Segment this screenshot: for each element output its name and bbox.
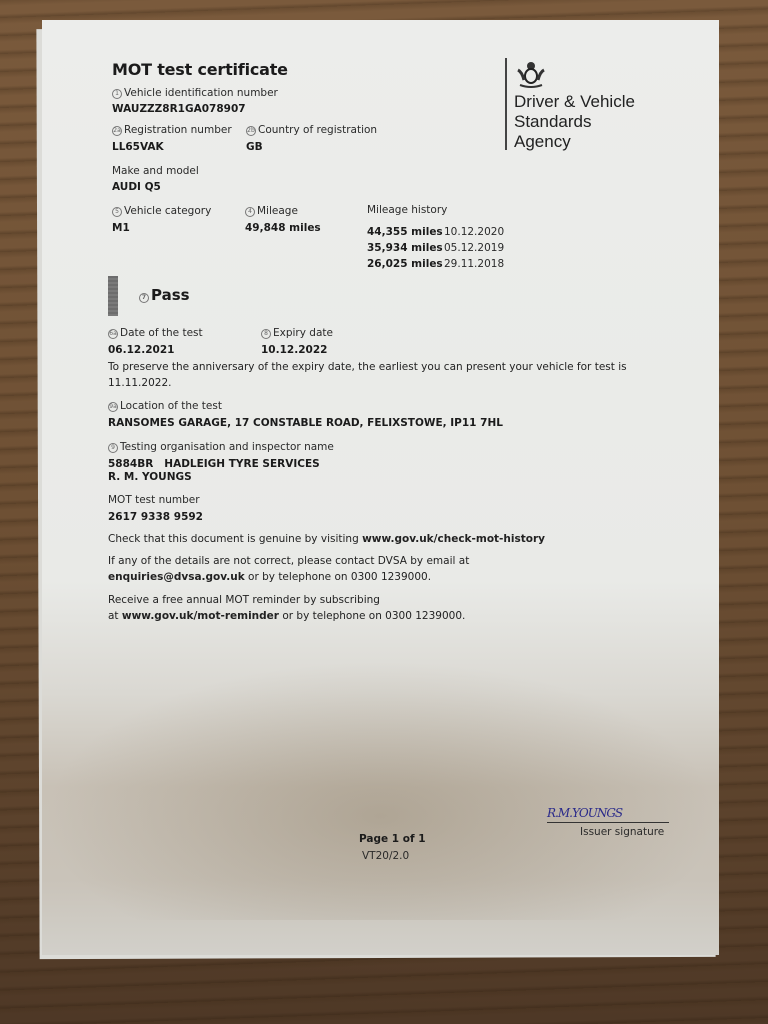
category-label: 5Vehicle category	[112, 205, 211, 217]
mileage-value: 49,848 miles	[245, 222, 321, 234]
registration-label: 2aRegistration number	[112, 124, 232, 136]
field-number-icon: 5	[112, 207, 122, 217]
check-genuine-note: Check that this document is genuine by v…	[108, 531, 545, 547]
field-number-icon: 6a	[108, 329, 118, 339]
field-number-icon: 1	[112, 89, 122, 99]
test-date-value: 06.12.2021	[108, 344, 174, 356]
agency-name-line3: Agency	[514, 132, 635, 152]
field-number-icon: 9	[108, 443, 118, 453]
issuer-signature: R.M.YOUNGS	[547, 806, 622, 820]
location-label: 9aLocation of the test	[108, 400, 222, 412]
make-model-value: AUDI Q5	[112, 181, 161, 193]
expiry-date-label: 8Expiry date	[261, 327, 333, 339]
mileage-history-entry: 44,355 miles10.12.2020	[367, 220, 504, 236]
result-marker-bar	[108, 276, 118, 316]
field-number-icon: 9a	[108, 402, 118, 412]
form-code: VT20/2.0	[362, 850, 409, 862]
document-title: MOT test certificate	[112, 60, 288, 79]
anniversary-note: To preserve the anniversary of the expir…	[108, 359, 627, 391]
issuer-signature-label: Issuer signature	[580, 826, 664, 838]
check-mot-history-link[interactable]: www.gov.uk/check-mot-history	[362, 533, 545, 545]
mot-certificate-page: MOT test certificate Driver & Vehicle St…	[42, 20, 719, 955]
mileage-history-entry: 26,025 miles29.11.2018	[367, 252, 504, 268]
mot-reminder-link[interactable]: www.gov.uk/mot-reminder	[122, 610, 279, 622]
logo-divider	[505, 58, 507, 150]
test-date-label: 6aDate of the test	[108, 327, 203, 339]
mileage-label: 4Mileage	[245, 205, 298, 217]
reminder-note: Receive a free annual MOT reminder by su…	[108, 592, 465, 624]
agency-name: Driver & Vehicle Standards Agency	[514, 92, 635, 152]
organisation-label: 9Testing organisation and inspector name	[108, 441, 334, 453]
field-number-icon: 7	[139, 293, 149, 303]
field-number-icon: 4	[245, 207, 255, 217]
agency-name-line1: Driver & Vehicle	[514, 92, 635, 112]
test-number-value: 2617 9338 9592	[108, 511, 203, 523]
make-model-label: Make and model	[112, 165, 199, 177]
location-value: RANSOMES GARAGE, 17 CONSTABLE ROAD, FELI…	[108, 417, 503, 429]
country-label: 2bCountry of registration	[246, 124, 377, 136]
registration-value: LL65VAK	[112, 141, 164, 153]
field-number-icon: 2a	[112, 126, 122, 136]
country-value: GB	[246, 141, 263, 153]
vin-label: 1Vehicle identification number	[112, 87, 278, 99]
contact-note: If any of the details are not correct, p…	[108, 553, 469, 585]
mileage-history-list: 44,355 miles10.12.2020 35,934 miles05.12…	[367, 220, 504, 268]
page-number: Page 1 of 1	[359, 833, 426, 845]
royal-coat-of-arms-icon	[514, 60, 548, 88]
field-number-icon: 2b	[246, 126, 256, 136]
expiry-date-value: 10.12.2022	[261, 344, 327, 356]
agency-name-line2: Standards	[514, 112, 635, 132]
result-pass: 7Pass	[139, 286, 190, 304]
category-value: M1	[112, 222, 130, 234]
test-number-label: MOT test number	[108, 494, 200, 506]
mileage-history-label: Mileage history	[367, 204, 447, 216]
organisation-value: 5884BR HADLEIGH TYRE SERVICES	[108, 458, 320, 470]
photo-shadow	[42, 660, 719, 920]
inspector-name: R. M. YOUNGS	[108, 471, 192, 483]
mileage-history-entry: 35,934 miles05.12.2019	[367, 236, 504, 252]
vin-value: WAUZZZ8R1GA078907	[112, 103, 246, 115]
signature-line	[547, 822, 669, 823]
dvsa-email-link[interactable]: enquiries@dvsa.gov.uk	[108, 571, 245, 583]
field-number-icon: 8	[261, 329, 271, 339]
